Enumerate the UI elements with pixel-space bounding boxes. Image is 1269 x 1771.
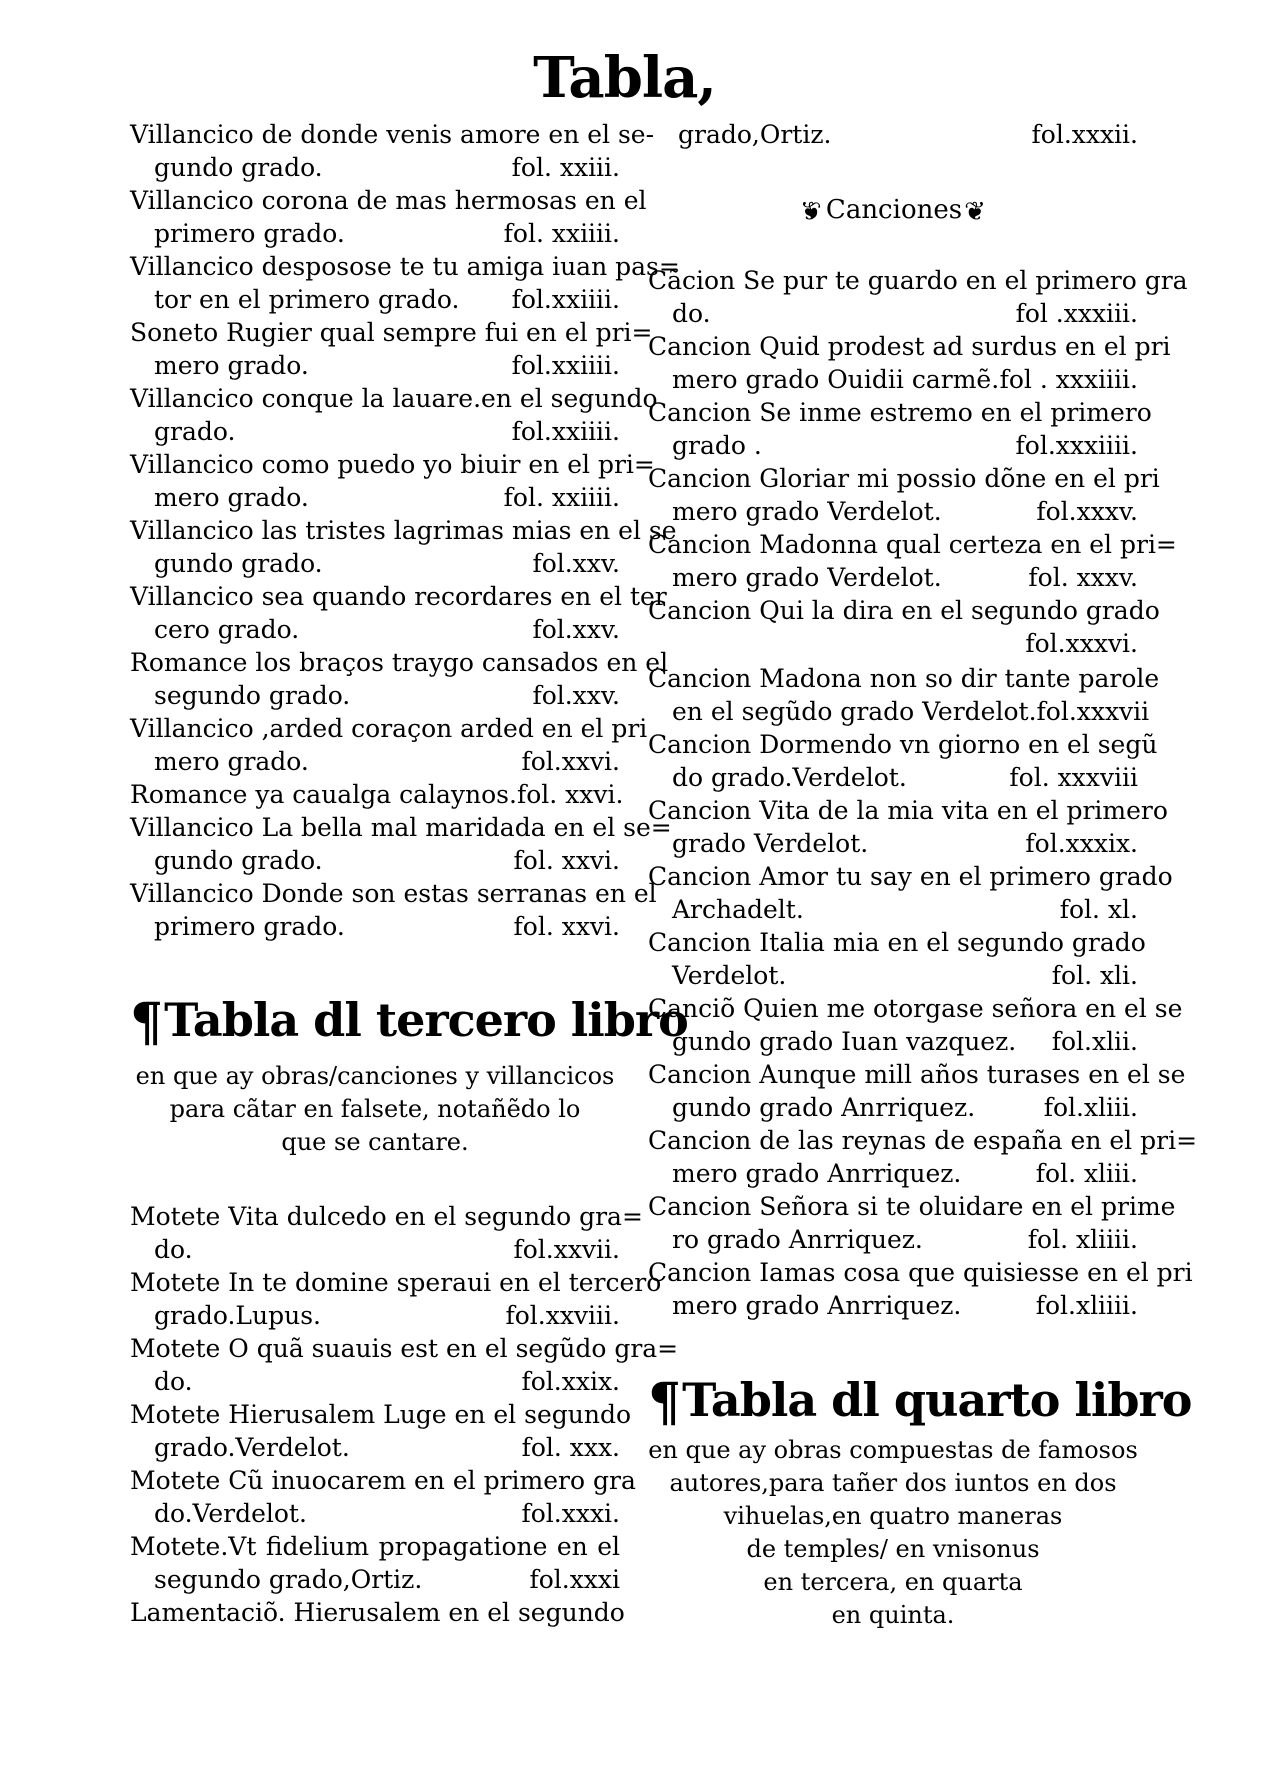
toc-entry: Villancico corona de mas hermosas en elp… bbox=[130, 184, 620, 250]
page-title: Tabla, bbox=[533, 45, 716, 111]
folio: fol.xxiiii. bbox=[512, 415, 620, 448]
folio: fol. xxx. bbox=[522, 1431, 620, 1464]
toc-entry: Motete.Vt fidelium propagatione en elseg… bbox=[130, 1530, 620, 1596]
toc-entry: Villancico de donde venis amore en el se… bbox=[130, 118, 620, 184]
folio: fol. xxiiii. bbox=[504, 217, 620, 250]
toc-entry: Romance los braços traygo cansados en el… bbox=[130, 646, 620, 712]
toc-entry: Cancion Dormendo vn giorno en el segũdo … bbox=[648, 728, 1138, 794]
folio: fol.xxiiii. bbox=[512, 349, 620, 382]
folio: fol.xxvi. bbox=[521, 745, 620, 778]
toc-entry: Cancion Qui la dira en el segundo gradof… bbox=[648, 594, 1138, 660]
toc-entry: Motete In te domine speraui en el tercer… bbox=[130, 1266, 620, 1332]
page-header: Tabla, bbox=[0, 48, 1269, 108]
folio: fol.xxxv. bbox=[1036, 495, 1138, 528]
folio: fol.xxxiiii. bbox=[1016, 429, 1138, 462]
folio: fol. xliiii. bbox=[1028, 1223, 1138, 1256]
toc-entry: Villancico ,arded coraçon arded en el pr… bbox=[130, 712, 620, 778]
folio: fol.xxv. bbox=[532, 613, 620, 646]
pilcrow-icon: ¶ bbox=[648, 1372, 680, 1433]
folio: fol.xxxvi. bbox=[1025, 627, 1138, 660]
folio: fol. xli. bbox=[1052, 959, 1138, 992]
section-description: en que ay obras/canciones y villancicos … bbox=[130, 1060, 620, 1159]
toc-entry: Cancion Madona non so dir tante paroleen… bbox=[648, 662, 1138, 728]
toc-entry: Cancion Gloriar mi possio dõne en el pri… bbox=[648, 462, 1138, 528]
section-title-tercero-libro: ¶Tabla dl tercero libro bbox=[130, 992, 620, 1051]
section-description: en que ay obras compuestas de famosos au… bbox=[648, 1434, 1138, 1632]
toc-entry: Villancico como puedo yo biuir en el pri… bbox=[130, 448, 620, 514]
toc-entry: Cancion Amor tu say en el primero gradoA… bbox=[648, 860, 1138, 926]
leaf-ornament-icon: ❦ bbox=[964, 195, 986, 229]
toc-entry: Cancion Quid prodest ad surdus en el pri… bbox=[648, 330, 1138, 396]
folio: fol.xxix. bbox=[522, 1365, 621, 1398]
folio: fol. xl. bbox=[1060, 893, 1138, 926]
folio: fol.xxv. bbox=[532, 547, 620, 580]
pilcrow-icon: ¶ bbox=[130, 992, 162, 1053]
folio: fol. xliii. bbox=[1036, 1157, 1138, 1190]
folio: fol.xxiiii. bbox=[512, 283, 620, 316]
folio: fol.xxviii. bbox=[505, 1299, 620, 1332]
folio: fol.xxxi bbox=[529, 1563, 620, 1596]
toc-entry: Villancico sea quando recordares en el t… bbox=[130, 580, 620, 646]
toc-entry: Cancion Madonna qual certeza en el pri=m… bbox=[648, 528, 1138, 594]
toc-entry: Romance ya caualga calaynos.fol. xxvi. bbox=[130, 778, 620, 811]
toc-entry-continuation: grado,Ortiz.fol.xxxii. bbox=[648, 118, 1138, 151]
folio: fol.xxvii. bbox=[513, 1233, 620, 1266]
toc-entry: Cancion Señora si te oluidare en el prim… bbox=[648, 1190, 1138, 1256]
toc-entry: Cancion Iamas cosa que quisiesse en el p… bbox=[648, 1256, 1138, 1322]
folio: fol.xliiii. bbox=[1036, 1289, 1138, 1322]
folio: fol. xxvi. bbox=[514, 910, 620, 943]
toc-entry: Canciõ Quien me otorgase señora en el se… bbox=[648, 992, 1138, 1058]
toc-entry: Villancico La bella mal maridada en el s… bbox=[130, 811, 620, 877]
toc-entry: Motete O quã suauis est en el segũdo gra… bbox=[130, 1332, 620, 1398]
folio: fol. xxiii. bbox=[512, 151, 620, 184]
folio: fol. xxvi. bbox=[514, 844, 620, 877]
toc-entry: Villancico desposose te tu amiga iuan pa… bbox=[130, 250, 620, 316]
folio: fol. xxiiii. bbox=[504, 481, 620, 514]
folio: fol.xxxi. bbox=[522, 1497, 621, 1530]
folio: fol.xxxvii bbox=[1037, 695, 1150, 728]
subheading-canciones: ❦Canciones❦ bbox=[648, 193, 1138, 229]
section-title-quarto-libro: ¶Tabla dl quarto libro bbox=[648, 1372, 1138, 1431]
toc-entry: Cancion Aunque mill años turases en el s… bbox=[648, 1058, 1138, 1124]
toc-entry: Lamentaciõ. Hierusalem en el segundo bbox=[130, 1596, 620, 1629]
toc-entry: Cancion de las reynas de españa en el pr… bbox=[648, 1124, 1138, 1190]
toc-entry: Cancion Se inme estremo en el primerogra… bbox=[648, 396, 1138, 462]
folio: fol.xlii. bbox=[1052, 1025, 1138, 1058]
folio: fol . xxxiiii. bbox=[1000, 363, 1138, 396]
folio: fol. xxvi. bbox=[517, 778, 623, 811]
folio: fol. xxxv. bbox=[1028, 561, 1138, 594]
folio: fol.xxv. bbox=[532, 679, 620, 712]
folio: fol. xxxviii bbox=[1009, 761, 1138, 794]
folio: fol.xliii. bbox=[1044, 1091, 1138, 1124]
toc-entry: Motete Vita dulcedo en el segundo gra=do… bbox=[130, 1200, 620, 1266]
folio: fol.xxxii. bbox=[1032, 118, 1138, 151]
toc-entry: Villancico conque la lauare.en el segund… bbox=[130, 382, 620, 448]
toc-entry: Cancion Vita de la mia vita en el primer… bbox=[648, 794, 1138, 860]
folio: fol.xxxix. bbox=[1025, 827, 1138, 860]
toc-entry: Motete Cũ inuocarem en el primero grado.… bbox=[130, 1464, 620, 1530]
toc-entry: Cancion Italia mia en el segundo gradoVe… bbox=[648, 926, 1138, 992]
toc-entry: Villancico las tristes lagrimas mias en … bbox=[130, 514, 620, 580]
leaf-ornament-icon: ❦ bbox=[800, 195, 822, 229]
toc-entry: Cãcion Se pur te guardo en el primero gr… bbox=[648, 264, 1138, 330]
toc-entry: Villancico Donde son estas serranas en e… bbox=[130, 877, 620, 943]
toc-entry: Soneto Rugier qual sempre fui en el pri=… bbox=[130, 316, 620, 382]
toc-entry: Motete Hierusalem Luge en el segundograd… bbox=[130, 1398, 620, 1464]
folio: fol .xxxiii. bbox=[1016, 297, 1138, 330]
